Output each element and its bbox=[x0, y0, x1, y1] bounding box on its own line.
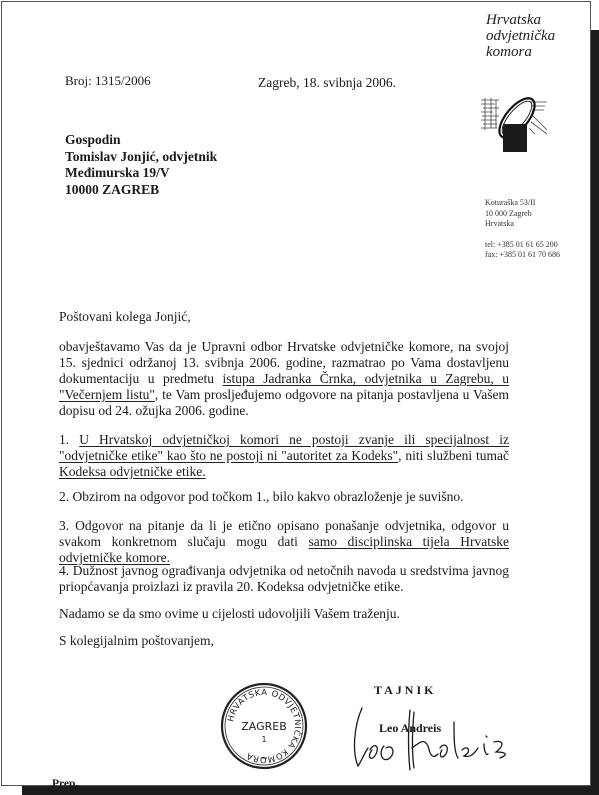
contact-city: 10 000 Zagreb bbox=[485, 209, 560, 220]
contact-fax: fax: +385 01 61 70 686 bbox=[485, 250, 560, 261]
intro-paragraph: obavještavamo Vas da je Upravni odbor Hr… bbox=[59, 339, 509, 419]
point1-mid: , niti službeni tumač bbox=[398, 448, 509, 463]
reference-number: Broj: 1315/2006 bbox=[65, 73, 151, 89]
signatory-role: TAJNIK bbox=[374, 683, 436, 698]
recipient-city: 10000 ZAGREB bbox=[65, 182, 217, 199]
point1-prefix: 1. bbox=[59, 432, 79, 447]
page-shadow-right bbox=[591, 30, 599, 795]
letter-page: Hrvatska odvjetnička komora Koturaška 53… bbox=[1, 1, 591, 786]
point-1: 1. U Hrvatskoj odvjetničkoj komori ne po… bbox=[59, 432, 509, 480]
salutation: Poštovani kolega Jonjić, bbox=[59, 309, 191, 325]
svg-text:ZAGREB: ZAGREB bbox=[241, 720, 287, 733]
recipient-street: Međimurska 19/V bbox=[65, 165, 217, 182]
recipient-title: Gospodin bbox=[65, 132, 217, 149]
closing-note: Nadamo se da smo ovime u cijelosti udovo… bbox=[59, 606, 509, 622]
page-shadow-bottom bbox=[22, 786, 599, 795]
contact-country: Hrvatska bbox=[485, 219, 560, 230]
svg-text:1: 1 bbox=[261, 735, 266, 744]
hok-logo-icon bbox=[477, 94, 552, 156]
point1-underlined-b: Kodeksa odvjetničke etike. bbox=[59, 464, 206, 479]
valediction: S kolegijalnim poštovanjem, bbox=[59, 633, 509, 649]
prep-note: Prep. bbox=[52, 778, 78, 790]
official-stamp-icon: HRVATSKA ODVJETNIČKA KOMORA ZAGREB 1 bbox=[220, 682, 308, 770]
organization-contact: Koturaška 53/II 10 000 Zagreb Hrvatska t… bbox=[485, 198, 560, 261]
contact-tel: tel: +385 01 61 65 200 bbox=[485, 240, 560, 251]
handwritten-signature-icon bbox=[350, 702, 530, 772]
letter-date: Zagreb, 18. svibnja 2006. bbox=[258, 75, 396, 91]
recipient-name: Tomislav Jonjić, odvjetnik bbox=[65, 149, 217, 166]
point-3: 3. Odgovor na pitanje da li je etično op… bbox=[59, 518, 509, 566]
contact-street: Koturaška 53/II bbox=[485, 198, 560, 209]
organization-name: Hrvatska odvjetnička komora bbox=[486, 12, 586, 60]
recipient-address: Gospodin Tomislav Jonjić, odvjetnik Međi… bbox=[65, 132, 217, 199]
point-2: 2. Obzirom na odgovor pod točkom 1., bil… bbox=[59, 489, 509, 505]
point-4: 4. Dužnost javnog ograđivanja odvjetnika… bbox=[59, 563, 509, 595]
